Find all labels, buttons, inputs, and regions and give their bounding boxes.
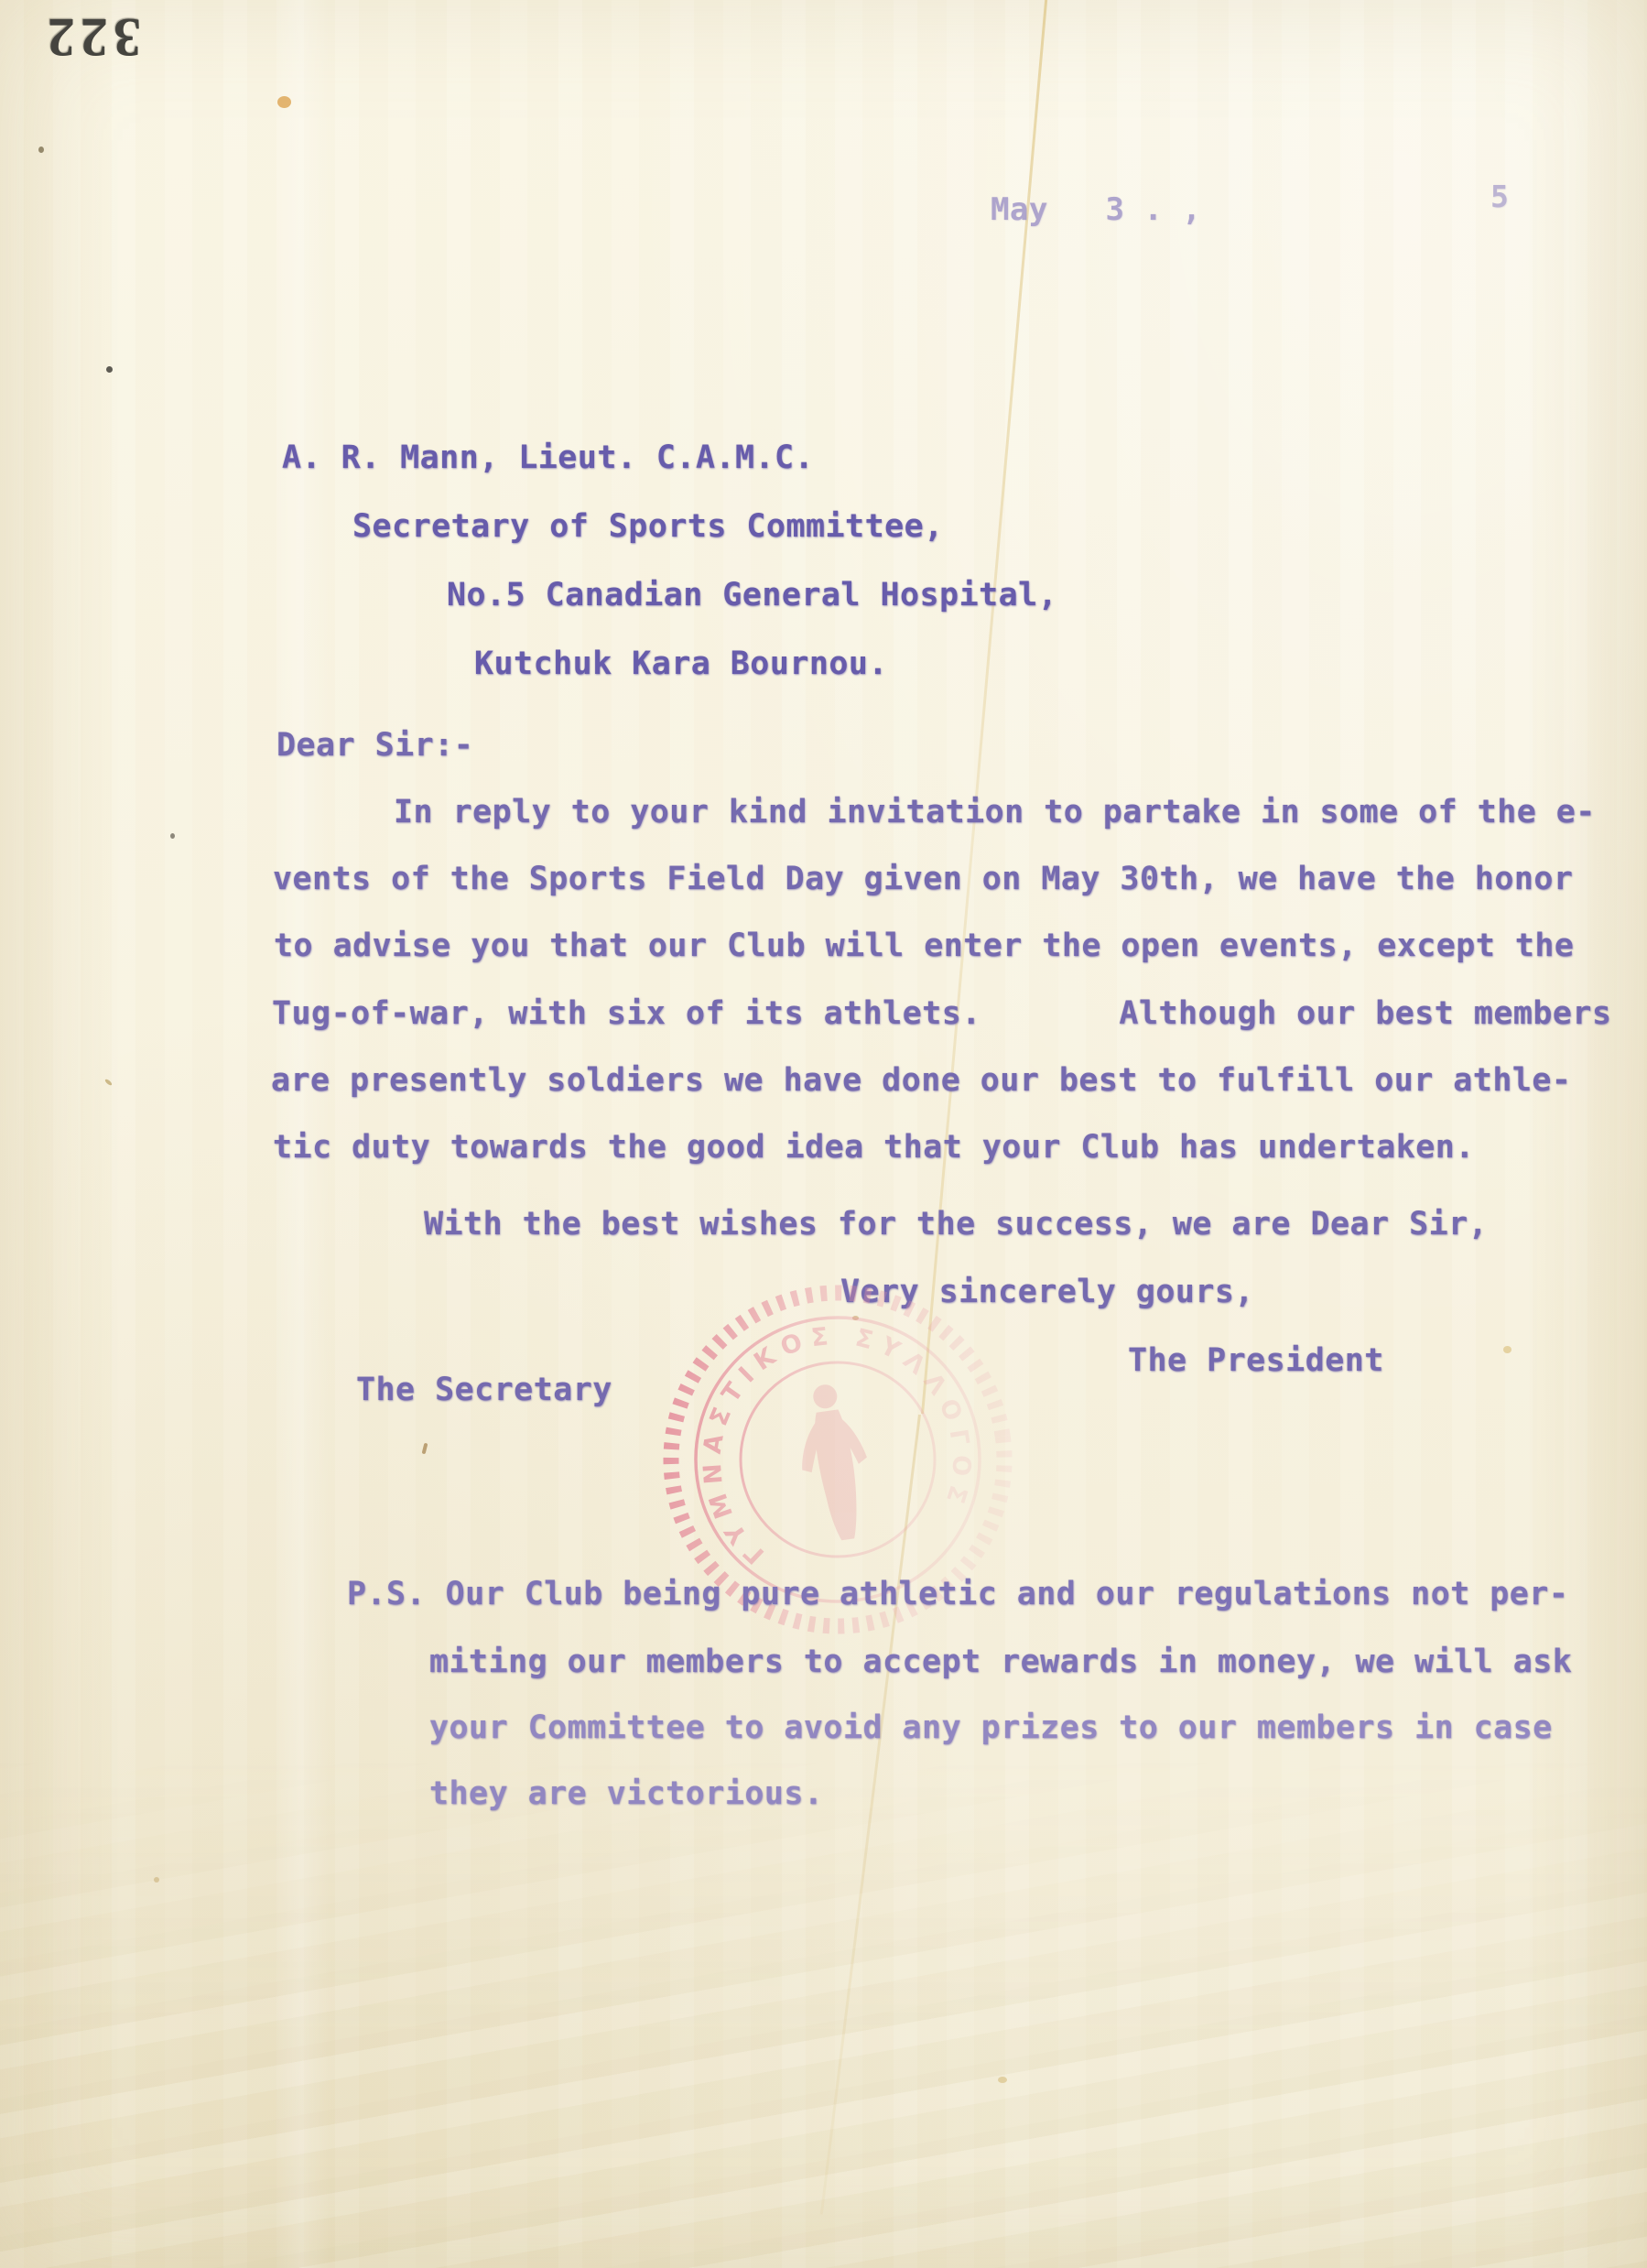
wrinkle-shading: [0, 1755, 1647, 2268]
seal-figure-icon: [791, 1380, 878, 1544]
foxing-spot: [422, 1443, 428, 1455]
body-line: to advise you that our Club will enter t…: [274, 929, 1574, 963]
body-line: vents of the Sports Field Day given on M…: [273, 863, 1573, 896]
foxing-spot: [154, 1877, 159, 1883]
postscript-line: P.S. Our Club being pure athletic and ou…: [347, 1578, 1568, 1611]
page-number-stamp: 322: [42, 5, 141, 69]
postscript-line: your Committee to avoid any prizes to ou…: [429, 1711, 1553, 1745]
recipient-line-4: Kutchuk Kara Bournou.: [474, 647, 888, 681]
seal-outer-ring: [677, 1299, 998, 1620]
recipient-line-3: No.5 Canadian General Hospital,: [447, 579, 1057, 613]
foxing-spot: [106, 366, 113, 373]
body-line: Tug-of-war, with six of its athlets. Alt…: [272, 997, 1611, 1031]
letter-page: 322 May 3 . , 5 A. R. Mann, Lieut. C.A.M…: [0, 0, 1647, 2268]
body-line: are presently soldiers we have done our …: [271, 1064, 1571, 1098]
foxing-spot: [1503, 1346, 1512, 1353]
closing-secretary: The Secretary: [356, 1373, 612, 1407]
seal-arc-text: ΓΥΜΝΑΣΤΙΚΟΣ ΣΥΛΛΟΓΟΣ: [680, 1304, 988, 1574]
closing-president: The President: [1128, 1344, 1384, 1378]
postscript-line: miting our members to accept rewards in …: [429, 1645, 1572, 1679]
date-line: May 3 . ,: [991, 194, 1201, 227]
seal-inner-ring: [728, 1350, 947, 1568]
closing-wishes: With the best wishes for the success, we…: [424, 1208, 1488, 1242]
foxing-spot: [170, 833, 175, 839]
postscript-line: they are victorious.: [429, 1777, 823, 1811]
foxing-spot: [104, 1079, 113, 1087]
foxing-spot: [998, 2077, 1007, 2083]
foxing-spot: [277, 96, 291, 108]
body-line: tic duty towards the good idea that your…: [273, 1131, 1475, 1165]
closing-sincerely: Very sincerely gours,: [840, 1275, 1254, 1309]
recipient-line-1: A. R. Mann, Lieut. C.A.M.C.: [282, 441, 814, 475]
body-line: In reply to your kind invitation to part…: [394, 796, 1596, 830]
recipient-line-2: Secretary of Sports Committee,: [352, 510, 944, 544]
foxing-spot: [852, 1316, 859, 1320]
date-fragment: 5: [1490, 181, 1509, 213]
foxing-spot: [38, 146, 44, 153]
salutation: Dear Sir:-: [276, 729, 473, 763]
svg-text:ΓΥΜΝΑΣΤΙΚΟΣ ΣΥΛΛΟΓΟΣ: ΓΥΜΝΑΣΤΙΚΟΣ ΣΥΛΛΟΓΟΣ: [680, 1304, 988, 1574]
fold-line-lower: [820, 1415, 921, 2215]
